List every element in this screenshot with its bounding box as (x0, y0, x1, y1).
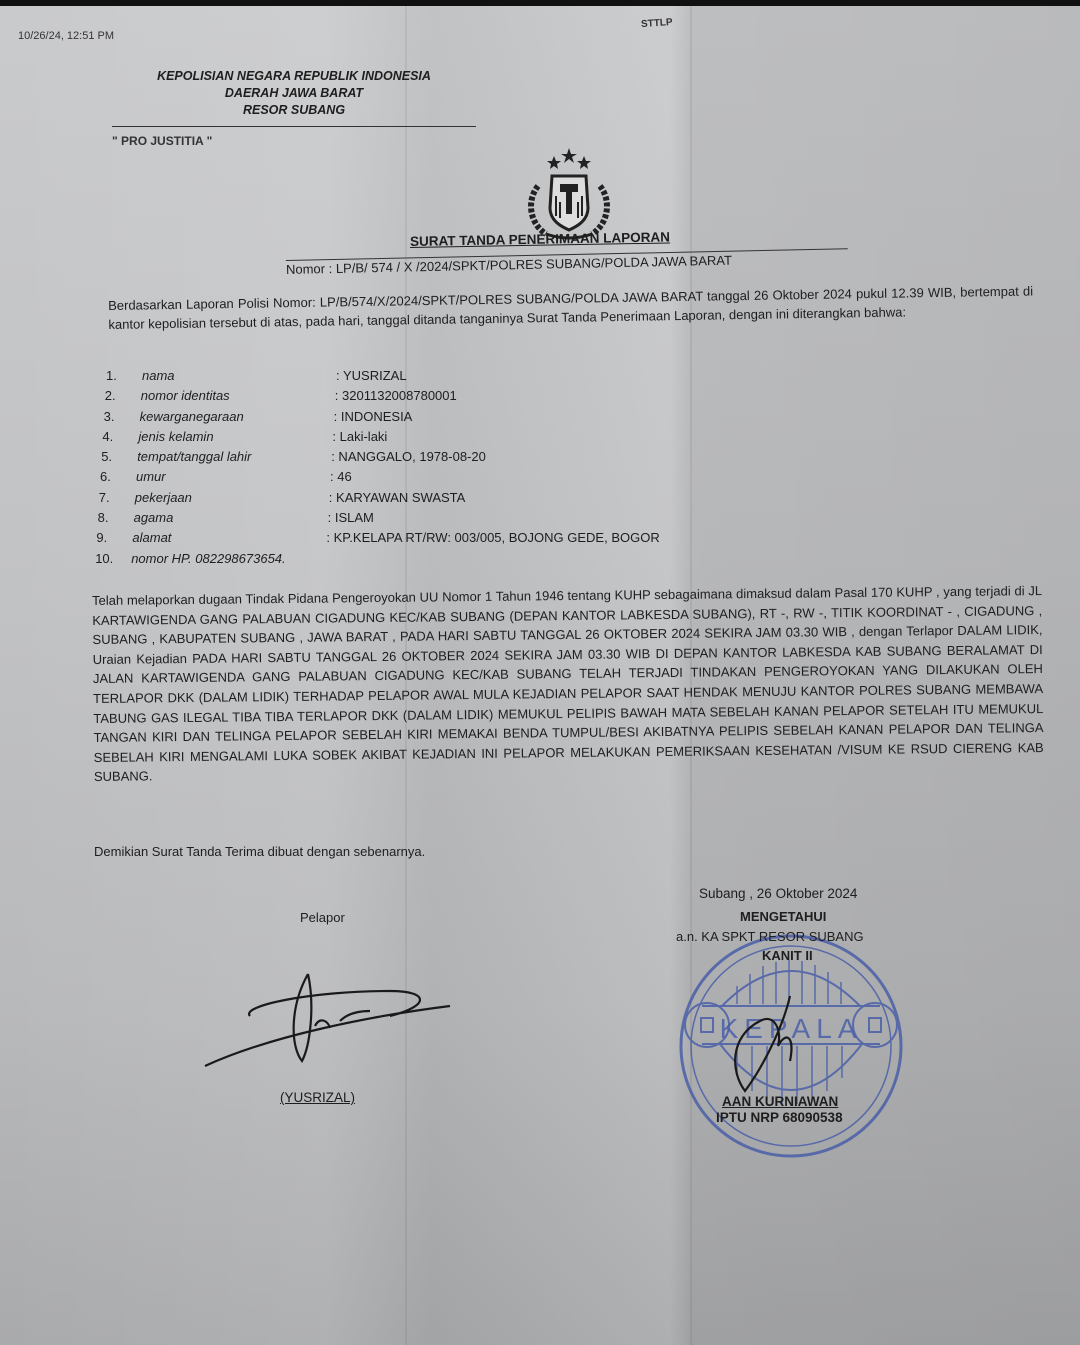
identity-row: 8.agamaISLAM (98, 510, 798, 530)
identity-row-label: nomor identitas (141, 388, 230, 403)
closing-statement: Demikian Surat Tanda Terima dibuat denga… (94, 844, 425, 859)
identity-row-value: NANGGALO, 1978-08-20 (331, 449, 486, 464)
classification-label: " PRO JUSTITIA " (112, 134, 212, 148)
identity-row-value: KP.KELAPA RT/RW: 003/005, BOJONG GEDE, B… (326, 530, 659, 545)
identity-row-label: jenis kelamin (138, 429, 213, 444)
identity-row-label: agama (134, 510, 174, 525)
identity-row-label: pekerjaan (135, 490, 192, 505)
document-number: Nomor : LP/B/ 574 / X /2024/SPKT/POLRES … (286, 248, 848, 277)
identity-row-number: 1. (106, 368, 136, 383)
intro-paragraph: Berdasarkan Laporan Polisi Nomor: LP/B/5… (108, 281, 1033, 334)
identity-row-number: 9. (96, 530, 126, 545)
identity-row: 9.alamatKP.KELAPA RT/RW: 003/005, BOJONG… (96, 530, 796, 550)
identity-row: 7.pekerjaanKARYAWAN SWASTA (99, 490, 799, 510)
police-emblem-icon (516, 146, 622, 242)
identity-row-value: KARYAWAN SWASTA (329, 490, 466, 505)
identity-row: 3.kewarganegaraanINDONESIA (104, 409, 804, 429)
stamp-code: STTLP (641, 17, 673, 30)
identity-row-value: ISLAM (328, 510, 374, 525)
identity-row-value: INDONESIA (334, 409, 413, 424)
identity-row-number: 10. (95, 551, 125, 566)
reporter-label: Pelapor (300, 910, 345, 925)
document-page: 10/26/24, 12:51 PM STTLP KEPOLISIAN NEGA… (0, 6, 1080, 1345)
acknowledged-label: MENGETAHUI (740, 909, 826, 924)
identity-row-number: 7. (99, 490, 129, 505)
print-timestamp: 10/26/24, 12:51 PM (18, 30, 114, 42)
identity-row-number: 3. (104, 409, 134, 424)
report-paragraph: Telah melaporkan dugaan Tindak Pidana Pe… (92, 581, 1044, 787)
place-date: Subang , 26 Oktober 2024 (699, 886, 857, 901)
document-title: SURAT TANDA PENERIMAAN LAPORAN (410, 229, 670, 249)
letterhead-divider (112, 126, 476, 127)
officer-position: KANIT II (762, 948, 813, 963)
identity-row-label: alamat (132, 530, 171, 545)
identity-row-number: 5. (101, 449, 131, 464)
officer-rank-nrp: IPTU NRP 68090538 (716, 1110, 843, 1125)
officer-name: AAN KURNIAWAN (722, 1094, 838, 1109)
identity-row: 1.namaYUSRIZAL (106, 368, 806, 388)
reporter-name: (YUSRIZAL) (280, 1090, 355, 1105)
institution-line: RESOR SUBANG (112, 102, 476, 119)
institution-line: KEPOLISIAN NEGARA REPUBLIK INDONESIA (112, 68, 476, 85)
identity-row-number: 2. (105, 388, 135, 403)
identity-row-label: kewarganegaraan (140, 409, 244, 424)
institution-line: DAERAH JAWA BARAT (112, 85, 476, 102)
identity-row-value: 3201132008780001 (335, 388, 457, 403)
identity-row-number: 8. (98, 510, 128, 525)
on-behalf-label: a.n. KA SPKT RESOR SUBANG (676, 929, 864, 944)
officer-signature-icon (720, 991, 830, 1101)
identity-row: 5.tempat/tanggal lahirNANGGALO, 1978-08-… (101, 449, 801, 469)
identity-row-number: 6. (100, 469, 130, 484)
identity-row-label: tempat/tanggal lahir (137, 449, 251, 464)
identity-row-value: YUSRIZAL (336, 368, 407, 383)
identity-row-value: Laki-laki (332, 429, 387, 444)
letterhead: KEPOLISIAN NEGARA REPUBLIK INDONESIA DAE… (112, 68, 476, 119)
reporter-signature-icon (190, 966, 460, 1076)
identity-row: 6.umur46 (100, 469, 800, 489)
identity-row: 4.jenis kelaminLaki-laki (102, 429, 802, 449)
reporter-identity-list: 1.namaYUSRIZAL2.nomor identitas320113200… (106, 368, 806, 571)
identity-row-label: nama (142, 368, 175, 383)
identity-row-value: 46 (330, 469, 352, 484)
identity-row: 2.nomor identitas3201132008780001 (105, 388, 805, 408)
identity-row-label: nomor HP. 082298673654. (131, 551, 285, 566)
identity-row-label: umur (136, 469, 166, 484)
identity-row-number: 4. (102, 429, 132, 444)
identity-row: 10.nomor HP. 082298673654. (95, 551, 795, 571)
